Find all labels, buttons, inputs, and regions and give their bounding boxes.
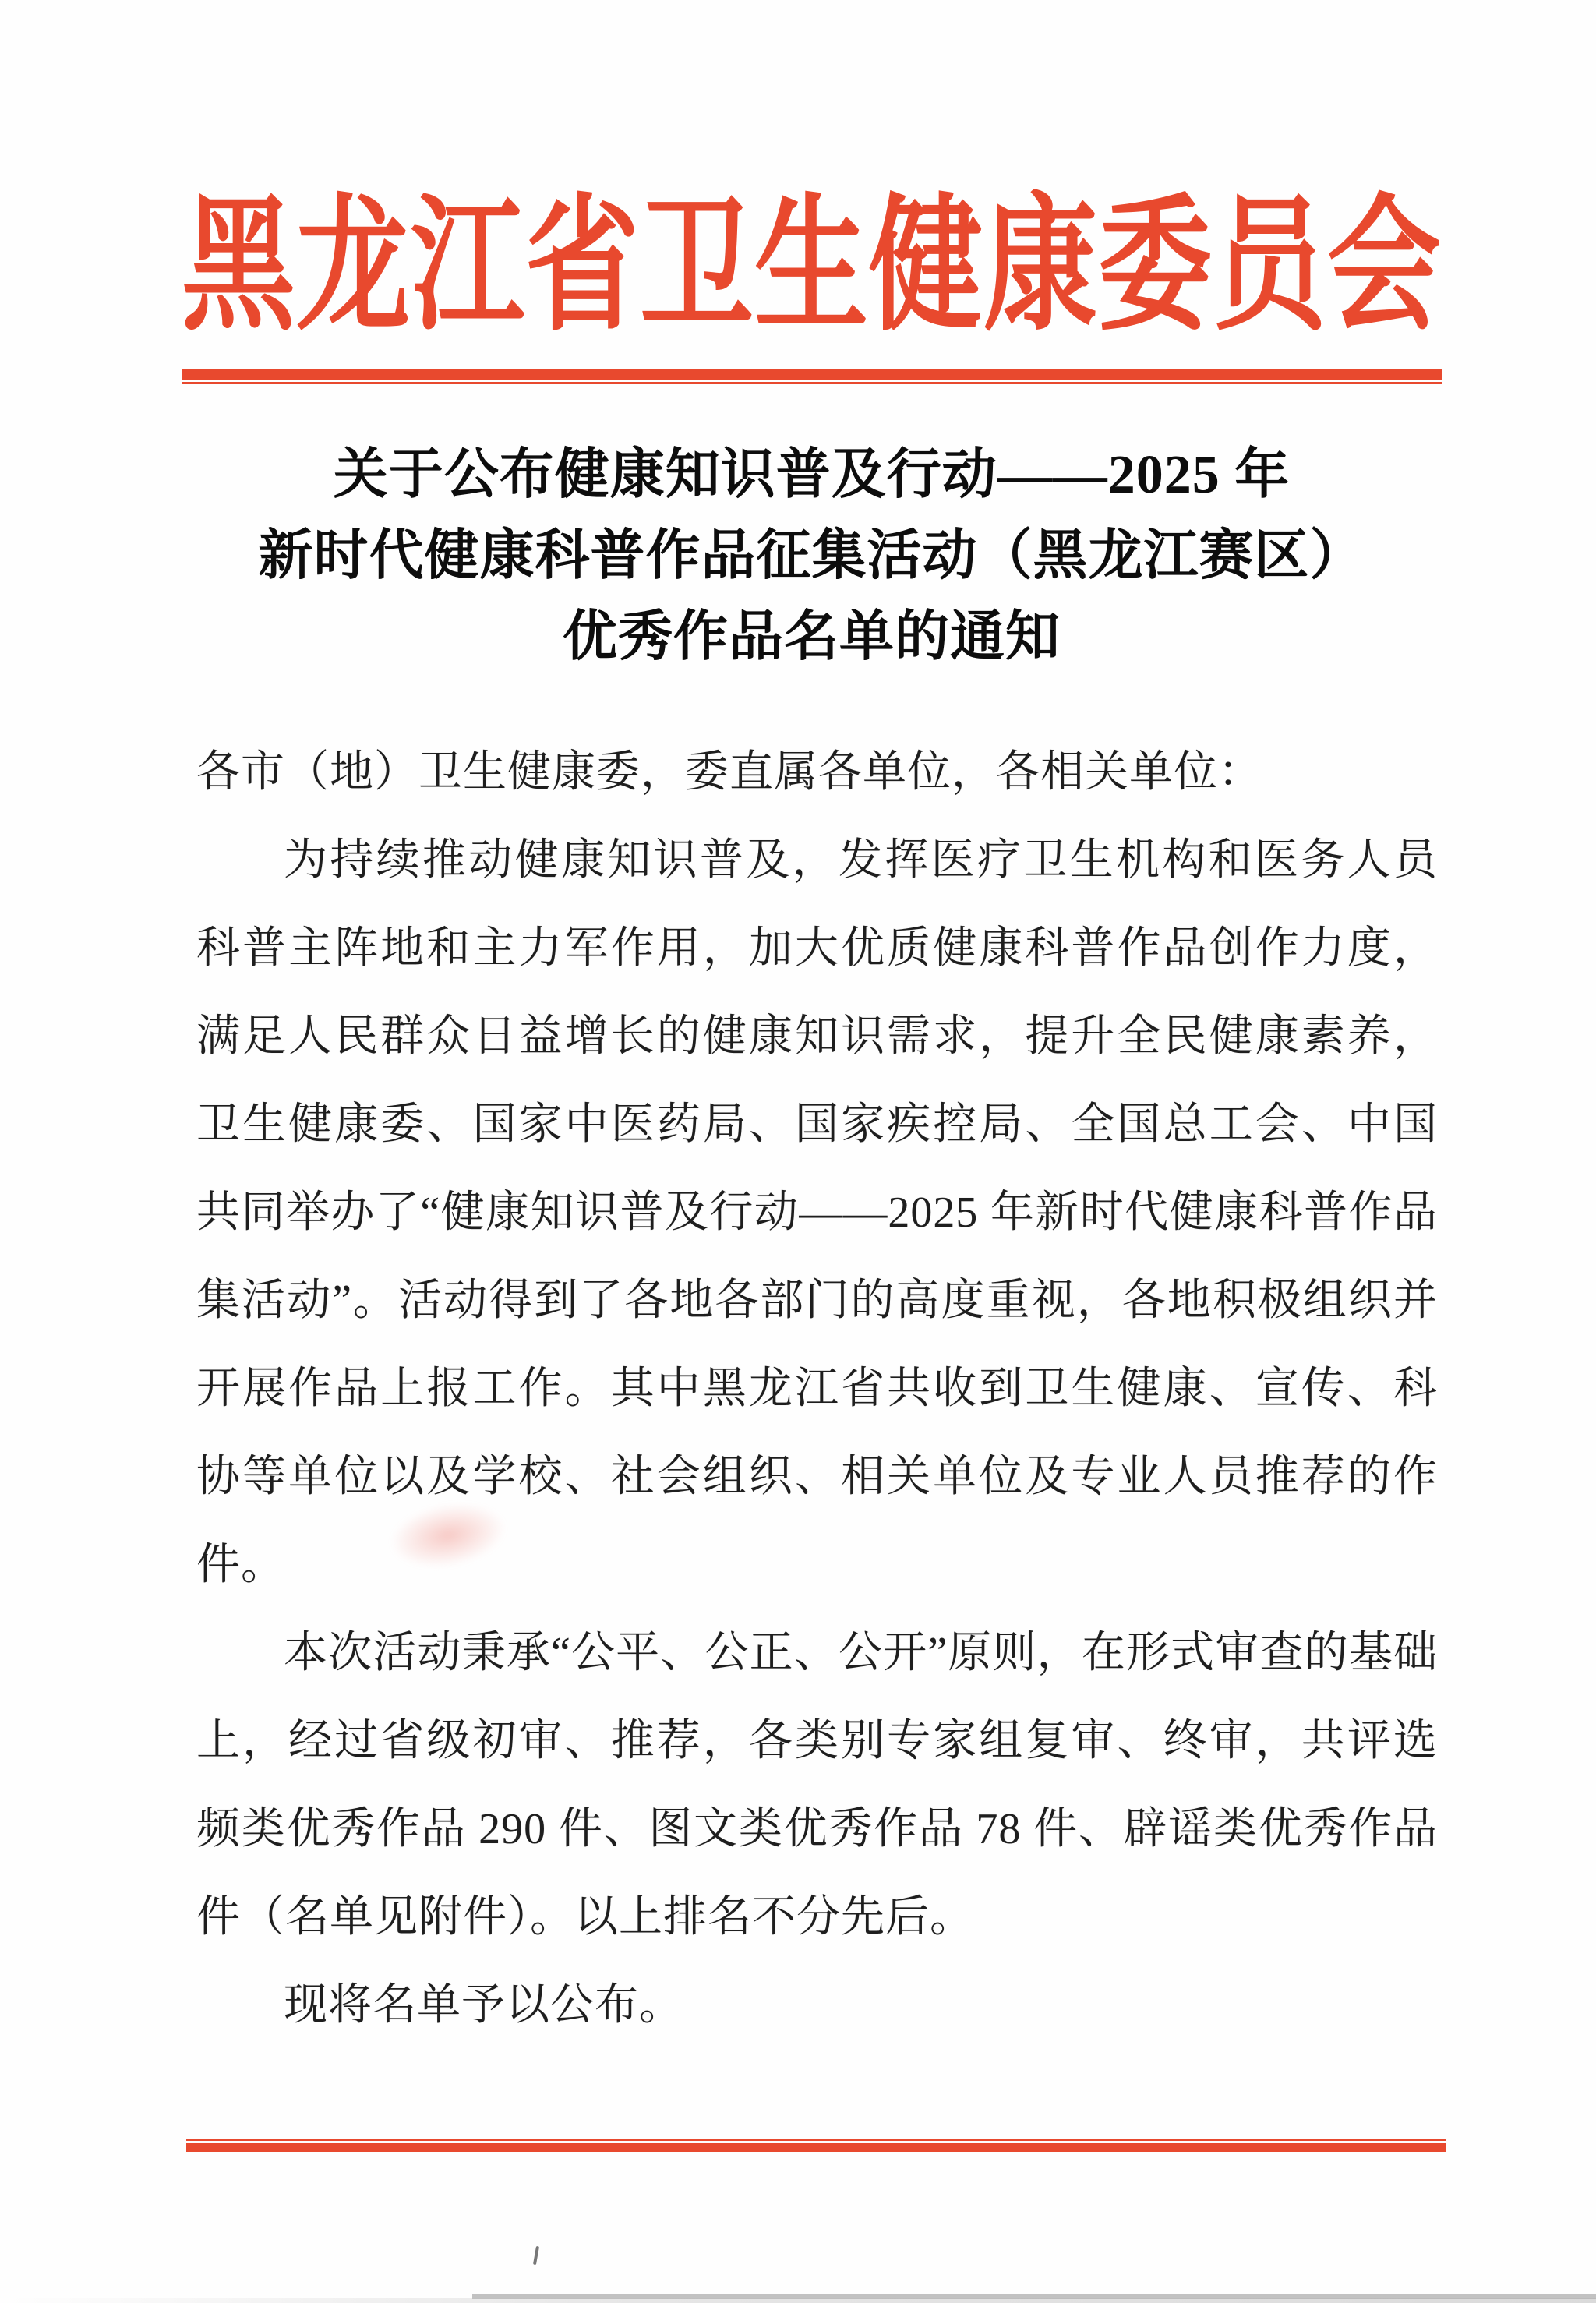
scan-speck-artifact (533, 2246, 539, 2265)
letterhead-divider (182, 369, 1442, 384)
body-line-closing: 现将名单予以公布。 (196, 1962, 1438, 2050)
body-line: 共同举办了“健康知识普及行动——2025 年新时代健康科普作品征 (196, 1169, 1438, 1257)
letterhead-divider-thin-line (182, 382, 1442, 384)
body-line: 本次活动秉承“公平、公正、公开”原则，在形式审查的基础 (196, 1609, 1438, 1697)
letterhead-org-name: 黑龙江省卫生健康委员会 (182, 193, 1442, 340)
document-title-line-3: 优秀作品名单的通知 (166, 597, 1457, 678)
body-line: 协等单位以及学校、社会组织、相关单位及专业人员推荐的作品 3150 (196, 1433, 1438, 1521)
scanned-document-page: 黑龙江省卫生健康委员会 关于公布健康知识普及行动——2025 年 新时代健康科普… (0, 0, 1596, 2303)
body-line: 满足人民群众日益增长的健康知识需求，提升全民健康素养，国家 (196, 993, 1438, 1081)
body-line: 集活动”。活动得到了各地各部门的高度重视，各地积极组织并动员 (196, 1257, 1438, 1345)
body-line: 频类优秀作品 290 件、图文类优秀作品 78 件、辟谣类优秀作品 41 (196, 1786, 1438, 1874)
body-line: 件（名单见附件）。以上排名不分先后。 (196, 1874, 1438, 1962)
letterhead-divider-thick-line (182, 369, 1442, 380)
document-title: 关于公布健康知识普及行动——2025 年 新时代健康科普作品征集活动（黑龙江赛区… (166, 435, 1457, 678)
body-line: 开展作品上报工作。其中黑龙江省共收到卫生健康、宣传、科技、科 (196, 1345, 1438, 1433)
body-line: 卫生健康委、国家中医药局、国家疾控局、全国总工会、中国科协 (196, 1081, 1438, 1169)
body-line: 件。 (196, 1521, 1438, 1609)
scan-bottom-edge-fade (0, 2298, 1596, 2303)
document-body: 各市（地）卫生健康委，委直属各单位，各相关单位： 为持续推动健康知识普及，发挥医… (196, 729, 1438, 2050)
document-title-line-2: 新时代健康科普作品征集活动（黑龙江赛区） (166, 516, 1457, 597)
body-line: 上，经过省级初审、推荐，各类别专家组复审、终审，共评选出视 (196, 1697, 1438, 1786)
body-line: 科普主阵地和主力军作用，加大优质健康科普作品创作力度，不断 (196, 905, 1438, 993)
document-title-line-1: 关于公布健康知识普及行动——2025 年 (166, 435, 1457, 516)
footer-divider-thick-line (186, 2143, 1446, 2152)
body-line-salutation: 各市（地）卫生健康委，委直属各单位，各相关单位： (196, 729, 1438, 817)
footer-divider (186, 2139, 1446, 2152)
body-line: 为持续推动健康知识普及，发挥医疗卫生机构和医务人员健康 (196, 817, 1438, 905)
